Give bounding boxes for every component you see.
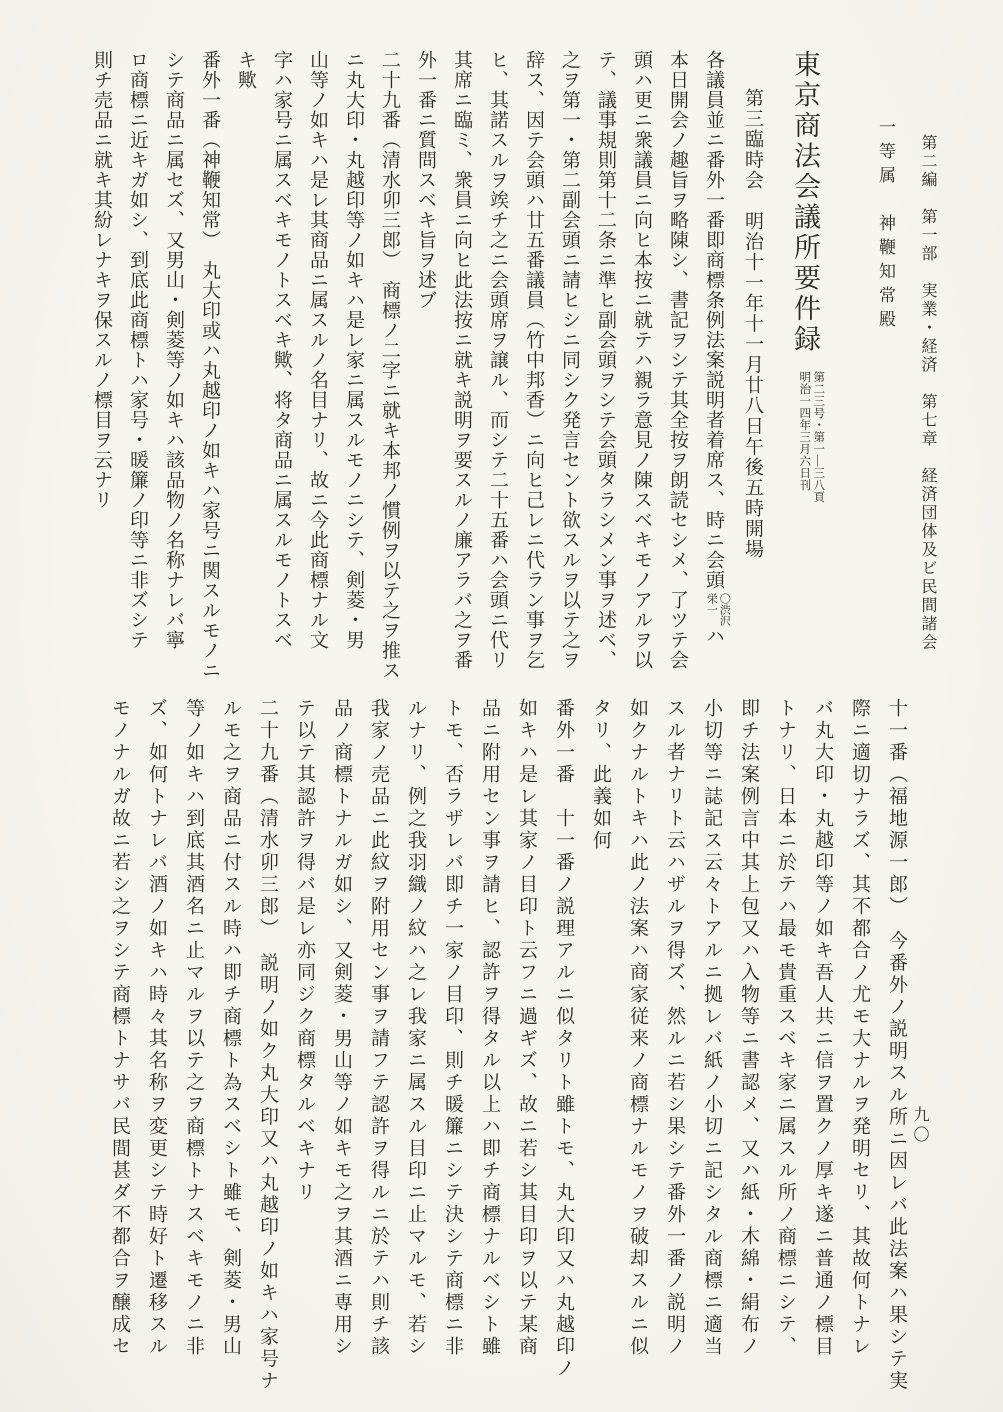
document-title-column: 東京商法会議所要件録第二三号・第一―三八頁明治一四年三月六日刊 xyxy=(781,50,829,672)
text-column: トナリ、日本ニ於テハ最モ貴重スベキ家ニ属スル所ノ商標ニシテ、 xyxy=(767,698,804,1412)
opening-text: 各議員並ニ番外一番即商標条例法案説明者着席ス、時ニ会頭 xyxy=(703,50,724,590)
text-column: テ以テ其認許ヲ得バ是レ亦同ジク商標タルベキナリ xyxy=(286,698,323,1412)
text-column: ヒ、其諾スルヲ竢チ之ニ会頭席ヲ譲ル、而シテ二十五番ハ会頭ニ代リ xyxy=(479,50,515,672)
text-column: シテ商品ニ属セズ、又男山・剣菱等ノ如キハ該品物ノ名称ナレバ寧 xyxy=(155,50,191,672)
text-column: テ、議事規則第十二条ニ準ヒ副会頭ヲシテ会頭タラシメン事ヲ述ベ、 xyxy=(587,50,623,672)
session-heading: 第三臨時会 明治十一年十一月廿八日午後五時開場 xyxy=(731,50,773,672)
text-column: 則チ売品ニ就キ其紛レナキヲ保スルノ標目ヲ云ナリ xyxy=(83,50,119,672)
text-column: 番外一番（神鞭知常） 丸大印或ハ丸越印ノ如キハ家号ニ関スルモノニ xyxy=(191,50,227,672)
annotation-left: 栄一 xyxy=(704,593,717,626)
text-column: 際ニ適切ナラズ、其不都合ノ尤モ大ナルヲ発明セリ、其故何トナレ xyxy=(841,698,878,1412)
publication-note-date: 明治一四年三月六日刊 xyxy=(797,371,811,503)
text-column-opening: 各議員並ニ番外一番即商標条例法案説明者着席ス、時ニ会頭〇渋沢栄一ハ xyxy=(695,50,731,672)
top-text-block: 第二編 第一部 実業・経済 第七章 経済団体及ビ民間諸会 一等属 神鞭知常殿 東… xyxy=(83,50,947,672)
text-column: ロ商標ニ近キガ如シ、到底此商標トハ家号・暖簾ノ印等ニ非ズシテ xyxy=(119,50,155,672)
text-column: モノナルガ故ニ若シ之ヲシテ商標トナサバ民間甚ダ不都合ヲ醸成セ xyxy=(101,698,138,1412)
opening-text-continued: ハ xyxy=(703,626,724,646)
text-column: 如クナルトキハ此ノ法案ハ商家従来ノ商標ナルモノヲ破却スルニ似 xyxy=(619,698,656,1412)
text-column: ニ丸大印・丸越印等ノ如キハ是レ家ニ属スルモノニシテ、剣菱・男 xyxy=(335,50,371,672)
text-column: 二十九番（清水卯三郎） 商標ノ二字ニ就キ本邦ノ慣例ヲ以テ之ヲ推ス xyxy=(371,50,407,672)
text-column: 如キハ是レ其家ノ目印ト云フニ過ギズ、故ニ若シ其目印ヲ以テ某商 xyxy=(508,698,545,1412)
annotation-right: 〇渋沢 xyxy=(717,593,730,626)
text-column: トモ、否ラザレバ即チ一家ノ目印、則チ暖簾ニシテ決シテ商標ニ非 xyxy=(434,698,471,1412)
scanned-page: 第二編 第一部 実業・経済 第七章 経済団体及ビ民間諸会 一等属 神鞭知常殿 東… xyxy=(0,0,1003,1412)
addressee-line: 一等属 神鞭知常殿 xyxy=(865,50,905,672)
text-column: 番外一番 十一番ノ説理アルニ似タリト雖トモ、丸大印又ハ丸越印ノ xyxy=(545,698,582,1412)
text-column: 辞ス、因テ会頭ハ廿五番議員（竹中邦香）ニ向ヒ己レニ代ラン事ヲ乞 xyxy=(515,50,551,672)
bottom-text-block: 十一番（福地源一郎） 今番外ノ説明スル所ニ因レバ此法案ハ果シテ実 際ニ適切ナラズ… xyxy=(101,698,915,1412)
text-column: タリ、此義如何 xyxy=(582,698,619,1412)
text-column: 品ノ商標トナルガ如シ、又剣菱・男山等ノ如キモ之ヲ其酒ニ専用シ xyxy=(323,698,360,1412)
text-column: 其席ニ臨ミ、衆員ニ向ヒ此法按ニ就キ説明ヲ要スルノ廉アラバ之ヲ番 xyxy=(443,50,479,672)
text-column: 品ニ附用セン事ヲ請ヒ、認許ヲ得タル以上ハ即チ商標ナルベシト雖 xyxy=(471,698,508,1412)
text-column: 二十九番（清水卯三郎） 説明ノ如ク丸大印又ハ丸越印ノ如キハ家号ナ xyxy=(249,698,286,1412)
text-column: 字ハ家号ニ属スベキモノトスベキ歟、将タ商品ニ属スルモノトスベ xyxy=(263,50,299,672)
text-column: 即チ法案例言中其上包又ハ入物等ニ書認メ、又ハ紙・木綿・絹布ノ xyxy=(730,698,767,1412)
text-column: 山等ノ如キハ是レ其商品ニ属スルノ名目ナリ、故ニ今此商標ナル文 xyxy=(299,50,335,672)
text-column: ルナリ、例之我羽織ノ紋ハ之レ我家ニ属スル目印ニ止マルモ、若シ xyxy=(397,698,434,1412)
text-column: 之ヲ第一・第二副会頭ニ請ヒシニ同シク発言セント欲スルヲ以テ之ヲ xyxy=(551,50,587,672)
text-column: 頭ハ更ニ衆議員ニ向ヒ本按ニ就テハ親ラ意見ノ陳スベキモノアルヲ以 xyxy=(623,50,659,672)
text-column: 本日開会ノ趣旨ヲ略陳シ、書記ヲシテ其全按ヲ朗読セシメ、了ツテ会 xyxy=(659,50,695,672)
text-column: ズ、如何トナレバ酒ノ如キハ時々其名称ヲ変更シテ時好ト遷移スル xyxy=(138,698,175,1412)
chairman-name-annotation: 〇渋沢栄一 xyxy=(704,593,730,626)
text-column: スル者ナリト云ハザルヲ得ズ、然ルニ若シ果シテ番外一番ノ説明ノ xyxy=(656,698,693,1412)
text-column: 等ノ如キハ到底其酒名ニ止マルヲ以テ之ヲ商標トナスベキモノニ非 xyxy=(175,698,212,1412)
text-column: 小切等ニ誌記ス云々トアルニ拠レバ紙ノ小切ニ記シタル商標ニ適当 xyxy=(693,698,730,1412)
text-column: 十一番（福地源一郎） 今番外ノ説明スル所ニ因レバ此法案ハ果シテ実 xyxy=(878,698,915,1412)
page-number: 九〇 xyxy=(908,1106,931,1146)
text-column: ルモ之ヲ商品ニ付スル時ハ即チ商標ト為スベシト雖モ、剣菱・男山 xyxy=(212,698,249,1412)
text-column: キ歟 xyxy=(227,50,263,672)
publication-note-issue: 第二三号・第一―三八頁 xyxy=(811,371,825,503)
text-column: 我家ノ売品ニ此紋ヲ附用セン事ヲ請フテ認許ヲ得ルニ於テハ則チ該 xyxy=(360,698,397,1412)
running-head: 第二編 第一部 実業・経済 第七章 経済団体及ビ民間諸会 xyxy=(907,50,947,672)
document-title: 東京商法会議所要件録 xyxy=(790,50,820,355)
text-column: バ丸大印・丸越印等ノ如キ吾人共ニ信ヲ置クノ厚キ遂ニ普通ノ標目 xyxy=(804,698,841,1412)
publication-note: 第二三号・第一―三八頁明治一四年三月六日刊 xyxy=(797,371,825,503)
text-column: 外一番ニ質問スベキ旨ヲ述ブ xyxy=(407,50,443,672)
